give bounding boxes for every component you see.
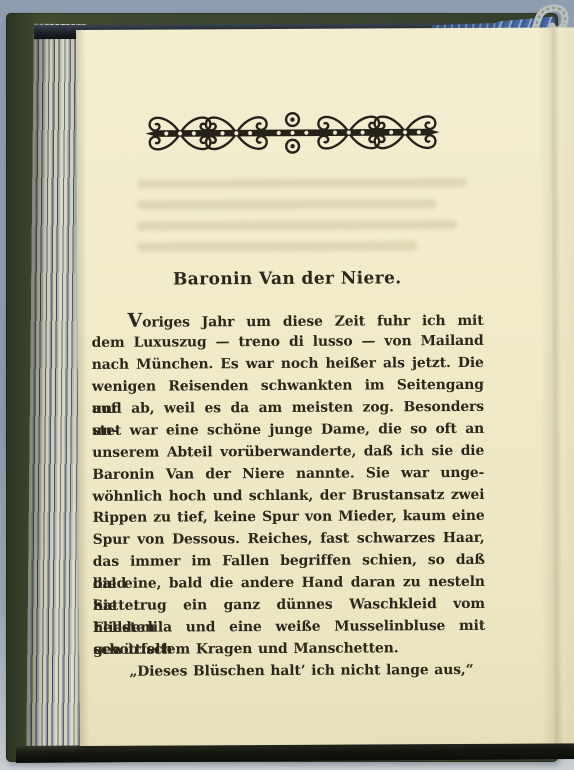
text-line: das immer im Fallen begriffen schien, so… [93, 550, 485, 574]
showthrough-line [137, 199, 437, 210]
text-line: Spur von Dessous. Reiches, fast schwarze… [93, 528, 485, 552]
text-line: und ab, weil es da am meisten zog. Beson… [92, 397, 484, 421]
text-line: „Dieses Blüschen halt’ ich nicht lange a… [93, 660, 485, 684]
showthrough-line [137, 178, 467, 189]
text-line: stet war eine schöne junge Dame, die so … [92, 419, 484, 443]
text-line: die eine, bald die andere Hand daran zu … [93, 572, 485, 596]
gutter-crease [538, 27, 574, 743]
text-block: Voriges Jahr um diese Zeit fuhr ich mit … [91, 309, 485, 684]
showthrough-line [137, 241, 417, 251]
text-line: Rippen zu tief, keine Spur von Mieder, k… [93, 506, 485, 530]
book-page: Baronin Van der Niere. Voriges Jahr um d… [76, 27, 574, 746]
text-line: Fliederlila und eine weiße Musselinbluse… [93, 616, 485, 640]
text-line: gewürfeltem Kragen und Manschetten. [93, 638, 485, 662]
text-line: wenigen Reisenden schwankten im Seitenga… [92, 375, 484, 399]
showthrough-line [137, 220, 457, 231]
photo-background: Baronin Van der Niere. Voriges Jahr um d… [0, 0, 574, 770]
drop-cap: V [127, 310, 142, 332]
text-line: unserem Abteil vorüberwanderte, daß ich … [92, 440, 484, 464]
text-line: Baronin Van der Niere nannte. Sie war un… [92, 462, 484, 486]
text-line: wöhnlich hoch und schlank, der Brustansa… [92, 484, 484, 508]
page-title: Baronin Van der Niere. [91, 268, 483, 290]
text-line-content: origes Jahr um diese Zeit fuhr ich mit [142, 313, 483, 331]
text-line: Sie trug ein ganz dünnes Waschkleid vom … [93, 594, 485, 618]
text-line: Voriges Jahr um diese Zeit fuhr ich mit [91, 309, 483, 333]
text-line: nach München. Es war noch heißer als jet… [92, 353, 484, 377]
heart-scroll-ornament-icon [144, 106, 440, 160]
text-line: dem Luxuszug — treno di lusso — von Mail… [92, 331, 484, 355]
